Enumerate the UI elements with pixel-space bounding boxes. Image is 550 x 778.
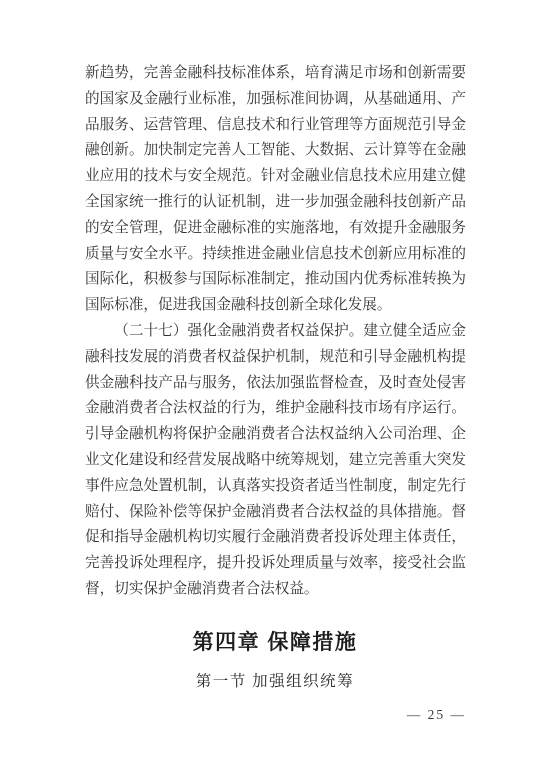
- text-line: 国际化，积极参与国际标准制定，推动国内优秀标准转换为: [85, 267, 466, 293]
- text-line: 融创新。加快制定完善人工智能、大数据、云计算等在金融: [85, 138, 466, 164]
- text-line: 供金融科技产品与服务，依法加强监督检查，及时查处侵害: [85, 371, 466, 397]
- text-line: 质量与安全水平。持续推进金融业信息技术创新应用标准的: [85, 242, 466, 268]
- text-line: 事件应急处置机制，认真落实投资者适当性制度，制定先行: [85, 474, 466, 500]
- text-line: 督，切实保护金融消费者合法权益。: [85, 577, 466, 603]
- chapter-heading: 第四章 保障措施: [0, 626, 550, 656]
- document-page: 新趋势，完善金融科技标准体系，培育满足市场和创新需要的国家及金融行业标准，加强标…: [0, 0, 550, 778]
- text-line: 促和指导金融机构切实履行金融消费者投诉处理主体责任，: [85, 525, 466, 551]
- body-text: 新趋势，完善金融科技标准体系，培育满足市场和创新需要的国家及金融行业标准，加强标…: [85, 61, 466, 603]
- text-line: 的国家及金融行业标准，加强标准间协调，从基础通用、产: [85, 87, 466, 113]
- text-line: 融科技发展的消费者权益保护机制，规范和引导金融机构提: [85, 345, 466, 371]
- text-line: 金融消费者合法权益的行为，维护金融科技市场有序运行。: [85, 396, 466, 422]
- text-line: 引导金融机构将保护金融消费者合法权益纳入公司治理、企: [85, 422, 466, 448]
- text-line: 全国家统一推行的认证机制，进一步加强金融科技创新产品: [85, 190, 466, 216]
- text-line: 品服务、运营管理、信息技术和行业管理等方面规范引导金: [85, 113, 466, 139]
- text-line: 新趋势，完善金融科技标准体系，培育满足市场和创新需要: [85, 61, 466, 87]
- page-number: — 25 —: [85, 707, 466, 723]
- text-line: 国际标准，促进我国金融科技创新全球化发展。: [85, 293, 466, 319]
- text-line: （二十七）强化金融消费者权益保护。建立健全适应金: [85, 319, 466, 345]
- text-line: 完善投诉处理程序，提升投诉处理质量与效率，接受社会监: [85, 551, 466, 577]
- section-heading: 第一节 加强组织统筹: [0, 669, 550, 691]
- text-line: 业文化建设和经营发展战略中统筹规划，建立完善重大突发: [85, 448, 466, 474]
- text-line: 赔付、保险补偿等保护金融消费者合法权益的具体措施。督: [85, 500, 466, 526]
- text-line: 的安全管理，促进金融标准的实施落地，有效提升金融服务: [85, 216, 466, 242]
- text-line: 业应用的技术与安全规范。针对金融业信息技术应用建立健: [85, 164, 466, 190]
